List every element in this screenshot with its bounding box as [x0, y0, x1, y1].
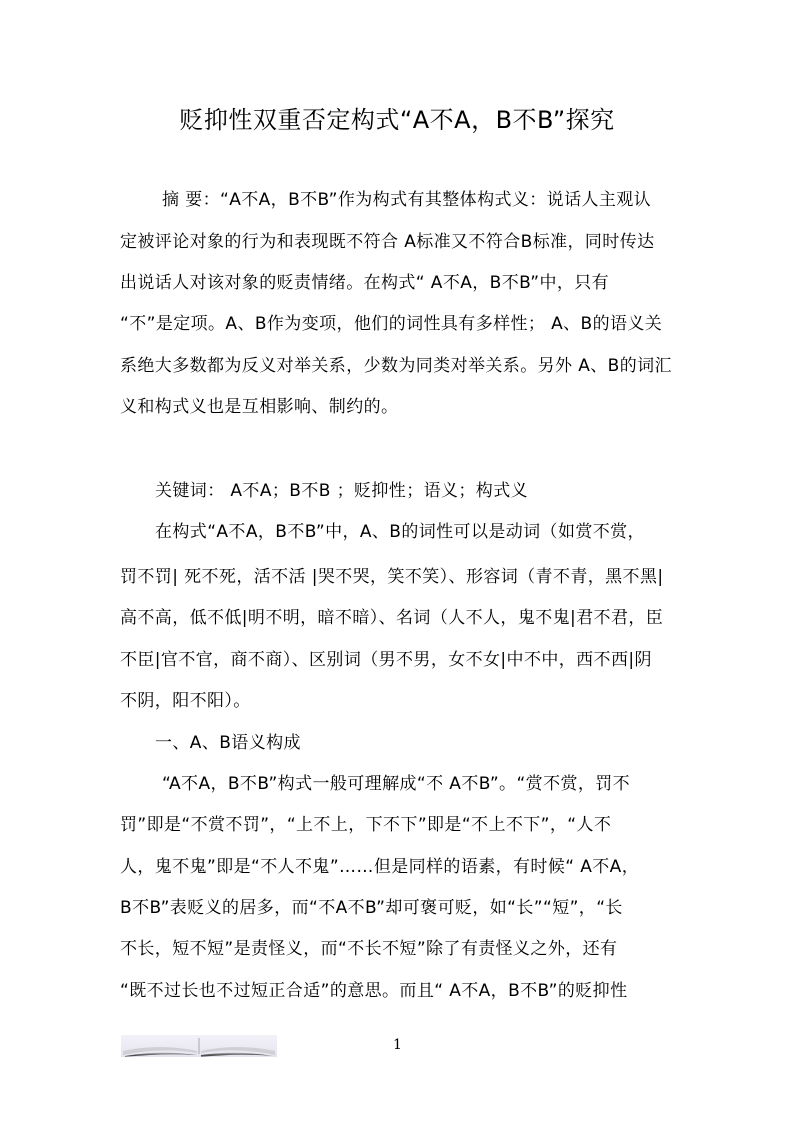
page-number: 1 [393, 1037, 402, 1053]
section-line: “A不A，B不B”构式一般可理解成“不 A不B”。“赏不赏，罚不 [162, 773, 630, 795]
body-line: 罚不罚| 死不死，活不活 |哭不哭，笑不笑）、形容词（青不青，黑不黑| [120, 566, 664, 588]
abstract-line: 系绝大多数都为反义对举关系，少数为同类对举关系。另外 A、B的词汇 [120, 355, 672, 377]
body-line: 在构式“A不A，B不B”中，A、B的词性可以是动词（如赏不赏， [155, 521, 645, 543]
section-line: B不B”表贬义的居多，而“不A不B”却可褒可贬，如“长”“短”，“长 [120, 897, 623, 919]
abstract-line: 出说话人对该对象的贬责情绪。在构式“ A不A，B不B”中，只有 [120, 272, 609, 294]
document-title: 贬抑性双重否定构式“A不A，B不B”探究 [0, 100, 794, 135]
document-page: 贬抑性双重否定构式“A不A，B不B”探究 摘 要：“A不A，B不B”作为构式有其… [0, 0, 794, 1123]
open-book-icon [121, 1035, 277, 1057]
body-line: 不阴，阳不阳）。 [120, 690, 251, 712]
section-line: 不长，短不短”是责怪义，而“不长不短”除了有责怪义之外，还有 [120, 938, 617, 960]
abstract-line: 定被评论对象的行为和表现既不符合 A标准又不符合B标准，同时传达 [120, 231, 655, 253]
body-line: 不臣|官不官，商不商）、区别词（男不男，女不女|中不中，西不西|阴 [120, 649, 652, 671]
section-line: 罚”即是“不赏不罚”，“上不上，下不下”即是“不上不下”，“人不 [120, 814, 611, 836]
keywords-line: 关键词： A不A；B不B ；贬抑性；语义；构式义 [155, 480, 528, 502]
abstract-line: 摘 要：“A不A，B不B”作为构式有其整体构式义：说话人主观认 [162, 189, 651, 211]
section-heading: 一、A、B语义构成 [155, 732, 301, 754]
abstract-line: “不”是定项。A、B作为变项，他们的词性具有多样性； A、B的语义关 [120, 313, 662, 335]
abstract-line: 义和构式义也是互相影响、制约的。 [120, 396, 398, 418]
section-line: 人，鬼不鬼”即是“不人不鬼”……但是同样的语素，有时候“ A不A， [120, 856, 639, 878]
body-line: 高不高，低不低|明不明，暗不暗）、名词（人不人，鬼不鬼|君不君，臣 [120, 607, 663, 629]
section-line: “既不过长也不过短正合适”的意思。而且“ A不A，B不B”的贬抑性 [120, 980, 628, 1002]
